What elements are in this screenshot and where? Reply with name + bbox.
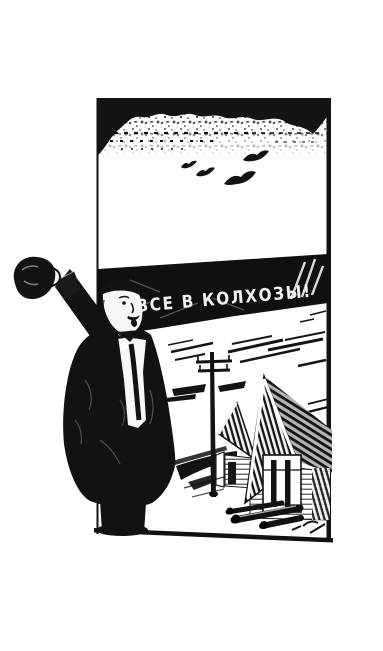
stipple-fade [98, 104, 327, 160]
orator-head [101, 279, 143, 342]
big-house [245, 376, 332, 520]
illustration-canvas: ВСЕ В КОЛХОЗЫ! [0, 0, 383, 651]
orator-coat [63, 326, 175, 507]
big-house-wall-shade [312, 468, 330, 520]
sky-treeline-texture [97, 98, 331, 160]
shed-fence [216, 452, 224, 487]
cap-in-hand [14, 257, 56, 299]
bird-icon [196, 167, 215, 176]
small-house-door [228, 462, 236, 484]
orator-foot-shadow [96, 524, 148, 536]
dark-cloud-bars [166, 381, 246, 402]
orator-eye [122, 301, 126, 305]
bird-icon [224, 171, 256, 185]
bird-icon [181, 161, 197, 169]
woodcut-illustration: ВСЕ В КОЛХОЗЫ! [0, 0, 383, 651]
village-scene [165, 311, 332, 533]
